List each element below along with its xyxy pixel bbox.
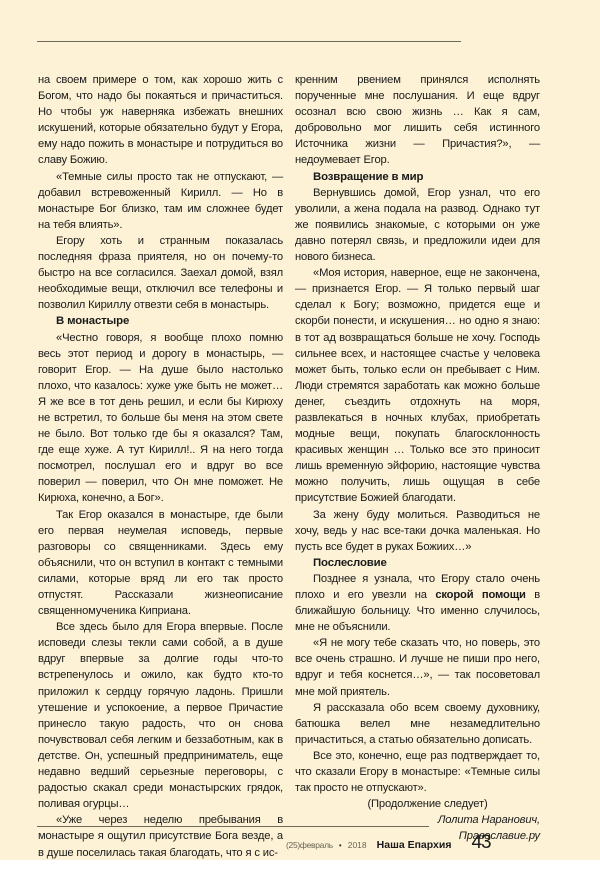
paragraph: «Моя история, наверное, еще не закончена… bbox=[295, 265, 540, 506]
paragraph: «Честно говоря, я вообще плохо помню вес… bbox=[38, 330, 283, 507]
magazine-title: Наша Епархия bbox=[377, 839, 452, 851]
magazine-page: на своем примере о том, как хорошо жить … bbox=[0, 0, 600, 860]
paragraph: Все это, конечно, еще раз подтверждает т… bbox=[295, 748, 540, 796]
top-rule bbox=[37, 41, 461, 42]
paragraph: Все здесь было для Егора впервые. После … bbox=[38, 619, 283, 812]
paragraph: Вернувшись домой, Егор узнал, что его ув… bbox=[295, 185, 540, 265]
section-heading: Послесловие bbox=[295, 555, 540, 571]
bottom-rule bbox=[37, 826, 429, 827]
section-heading: В монастыре bbox=[38, 313, 283, 329]
bold-text: скорой помощи bbox=[435, 589, 525, 601]
page-footer: (25)февраль • 2018 Наша Епархия 43 bbox=[286, 832, 491, 854]
paragraph: Так Егор оказался в монастыре, где были … bbox=[38, 507, 283, 620]
paragraph: «Я не могу тебе сказать что, но поверь, … bbox=[295, 635, 540, 699]
left-column: на своем примере о том, как хорошо жить … bbox=[38, 72, 283, 861]
issue-label: (25)февраль bbox=[286, 840, 333, 850]
paragraph: Егору хоть и странным показалась последн… bbox=[38, 233, 283, 313]
article-body: на своем примере о том, как хорошо жить … bbox=[38, 72, 540, 861]
paragraph: на своем примере о том, как хорошо жить … bbox=[38, 72, 283, 169]
year-label: 2018 bbox=[348, 840, 367, 850]
page-number: 43 bbox=[471, 832, 490, 854]
paragraph: «Темные силы просто так не отпускают, — … bbox=[38, 169, 283, 233]
paragraph: «Уже через неделю пребывания в монастыре… bbox=[38, 812, 283, 860]
paragraph: Я рассказала обо всем своему духовнику, … bbox=[295, 700, 540, 748]
paragraph: За жену буду молиться. Разводиться не хо… bbox=[295, 507, 540, 555]
paragraph: Позднее я узнала, что Егору стало очень … bbox=[295, 571, 540, 635]
section-heading: Возвращение в мир bbox=[295, 169, 540, 185]
paragraph: кренним рвением принялся исполнять поруч… bbox=[295, 72, 540, 169]
bullet-icon: • bbox=[339, 841, 342, 850]
right-column: кренним рвением принялся исполнять поруч… bbox=[295, 72, 540, 861]
continued-note: (Продолжение следует) bbox=[295, 796, 540, 812]
